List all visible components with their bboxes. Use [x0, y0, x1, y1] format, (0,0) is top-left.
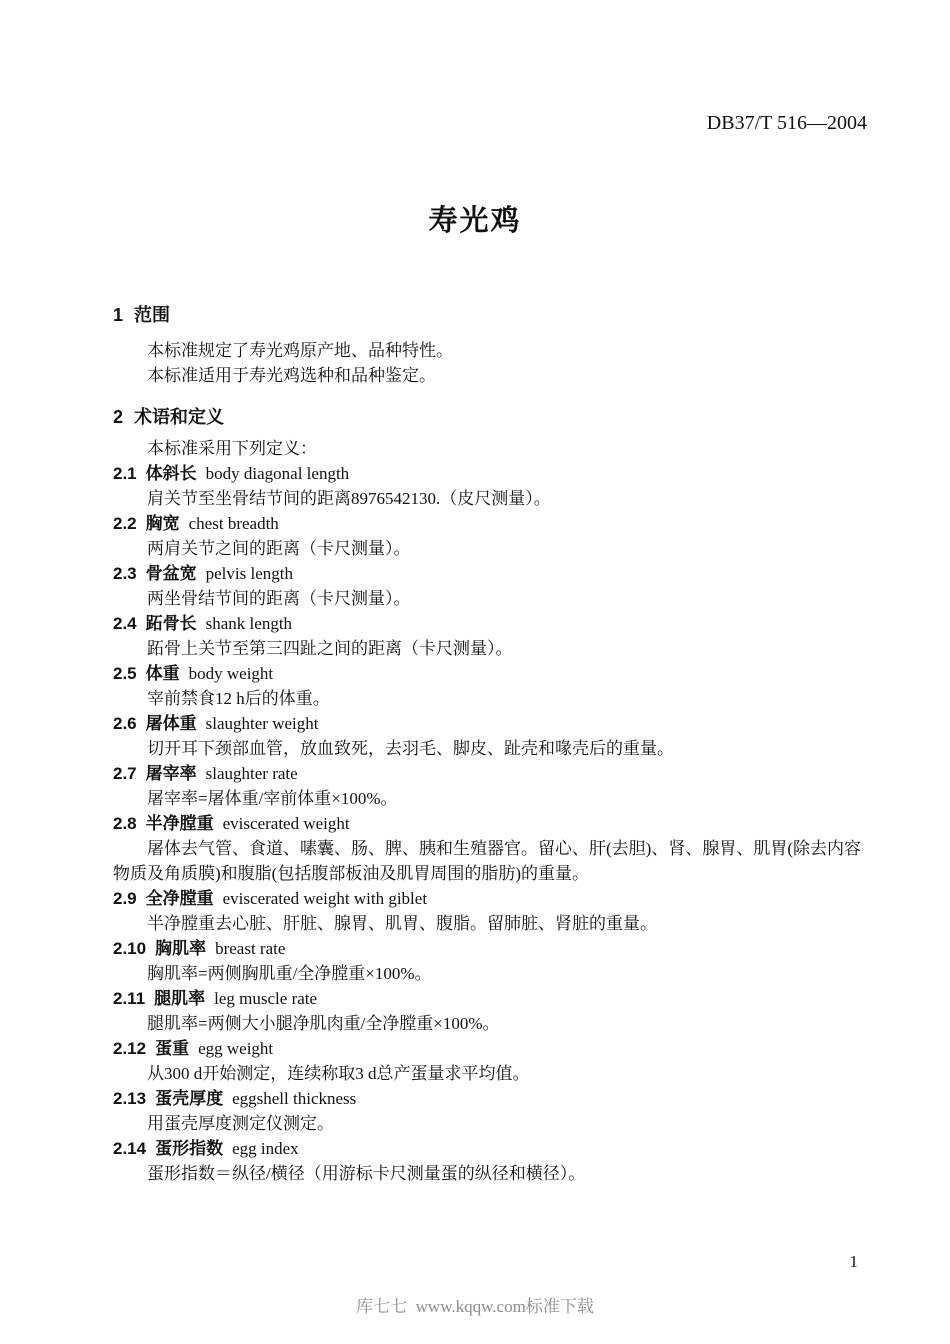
term-number: 2.3	[113, 564, 137, 583]
term-heading: 2.6屠体重slaughter weight	[113, 711, 861, 736]
section-2-title: 术语和定义	[134, 407, 224, 427]
section-2-number: 2	[113, 407, 123, 427]
document-page: DB37/T 516—2004 寿光鸡 1范围 本标准规定了寿光鸡原产地、品种特…	[0, 0, 950, 1344]
scope-paragraph-1: 本标准规定了寿光鸡原产地、品种特性。	[113, 338, 861, 363]
term-definition: 从300 d开始测定，连续称取3 d总产蛋量求平均值。	[113, 1061, 861, 1086]
scope-paragraph-2: 本标准适用于寿光鸡选种和品种鉴定。	[113, 363, 861, 388]
term-name-zh: 胸宽	[146, 514, 180, 533]
term-number: 2.1	[113, 464, 137, 483]
term-name-en: body weight	[189, 664, 274, 683]
term-definition: 屠宰率=屠体重/宰前体重×100%。	[113, 786, 861, 811]
term-name-en: eviscerated weight with giblet	[223, 889, 427, 908]
term-number: 2.7	[113, 764, 137, 783]
term-heading: 2.7屠宰率slaughter rate	[113, 761, 861, 786]
term-name-zh: 屠宰率	[146, 764, 197, 783]
section-1-number: 1	[113, 305, 123, 325]
term-name-en: chest breadth	[189, 514, 279, 533]
term-name-zh: 蛋重	[155, 1039, 189, 1058]
term-definition: 半净膛重去心脏、肝脏、腺胃、肌胃、腹脂。留肺脏、肾脏的重量。	[113, 911, 861, 936]
term-item: 2.9全净膛重eviscerated weight with giblet 半净…	[113, 886, 861, 936]
term-name-zh: 蛋形指数	[155, 1139, 223, 1158]
term-heading: 2.1体斜长body diagonal length	[113, 461, 861, 486]
term-definition: 肩关节至坐骨结节间的距离8976542130.（皮尺测量）。	[113, 486, 861, 511]
term-number: 2.2	[113, 514, 137, 533]
term-item: 2.14蛋形指数egg index 蛋形指数＝纵径/横径（用游标卡尺测量蛋的纵径…	[113, 1136, 861, 1186]
term-definition: 腿肌率=两侧大小腿净肌肉重/全净膛重×100%。	[113, 1011, 861, 1036]
term-name-zh: 全净膛重	[146, 889, 214, 908]
section-1-heading: 1范围	[113, 303, 861, 328]
term-name-en: egg index	[232, 1139, 299, 1158]
term-item: 2.5体重body weight 宰前禁食12 h后的体重。	[113, 661, 861, 711]
term-name-zh: 腿肌率	[154, 989, 205, 1008]
term-heading: 2.5体重body weight	[113, 661, 861, 686]
term-heading: 2.14蛋形指数egg index	[113, 1136, 861, 1161]
term-name-zh: 蛋壳厚度	[155, 1089, 223, 1108]
term-definition: 两肩关节之间的距离（卡尺测量）。	[113, 536, 861, 561]
term-number: 2.8	[113, 814, 137, 833]
term-heading: 2.10胸肌率breast rate	[113, 936, 861, 961]
term-definition: 屠体去气管、食道、嗉囊、肠、脾、胰和生殖器官。留心、肝(去胆)、肾、腺胃、肌胃(…	[113, 836, 861, 886]
term-heading: 2.12蛋重egg weight	[113, 1036, 861, 1061]
term-name-zh: 胸肌率	[155, 939, 206, 958]
term-heading: 2.2胸宽chest breadth	[113, 511, 861, 536]
page-title: 寿光鸡	[0, 198, 950, 239]
term-item: 2.3骨盆宽pelvis length 两坐骨结节间的距离（卡尺测量）。	[113, 561, 861, 611]
section-2-heading: 2术语和定义	[113, 405, 861, 430]
section-1-title: 范围	[134, 305, 170, 325]
term-item: 2.2胸宽chest breadth 两肩关节之间的距离（卡尺测量）。	[113, 511, 861, 561]
term-item: 2.11腿肌率leg muscle rate 腿肌率=两侧大小腿净肌肉重/全净膛…	[113, 986, 861, 1036]
term-item: 2.1体斜长body diagonal length 肩关节至坐骨结节间的距离8…	[113, 461, 861, 511]
term-definition: 胸肌率=两侧胸肌重/全净膛重×100%。	[113, 961, 861, 986]
term-heading: 2.4跖骨长shank length	[113, 611, 861, 636]
term-definition: 切开耳下颈部血管，放血致死，去羽毛、脚皮、趾壳和喙壳后的重量。	[113, 736, 861, 761]
term-definition: 跖骨上关节至第三四趾之间的距离（卡尺测量）。	[113, 636, 861, 661]
term-name-zh: 半净膛重	[146, 814, 214, 833]
term-number: 2.12	[113, 1039, 146, 1058]
term-heading: 2.11腿肌率leg muscle rate	[113, 986, 861, 1011]
term-name-en: leg muscle rate	[214, 989, 317, 1008]
term-name-en: egg weight	[198, 1039, 273, 1058]
term-name-en: body diagonal length	[206, 464, 350, 483]
term-item: 2.7屠宰率slaughter rate 屠宰率=屠体重/宰前体重×100%。	[113, 761, 861, 811]
term-heading: 2.3骨盆宽pelvis length	[113, 561, 861, 586]
term-name-zh: 体重	[146, 664, 180, 683]
term-name-en: eggshell thickness	[232, 1089, 356, 1108]
doc-number: DB37/T 516—2004	[707, 110, 867, 136]
term-item: 2.8半净膛重eviscerated weight 屠体去气管、食道、嗉囊、肠、…	[113, 811, 861, 886]
term-heading: 2.8半净膛重eviscerated weight	[113, 811, 861, 836]
term-name-zh: 骨盆宽	[146, 564, 197, 583]
term-name-en: eviscerated weight	[223, 814, 350, 833]
term-item: 2.12蛋重egg weight 从300 d开始测定，连续称取3 d总产蛋量求…	[113, 1036, 861, 1086]
document-body: 1范围 本标准规定了寿光鸡原产地、品种特性。 本标准适用于寿光鸡选种和品种鉴定。…	[113, 303, 861, 1186]
term-name-en: breast rate	[215, 939, 285, 958]
term-item: 2.10胸肌率breast rate 胸肌率=两侧胸肌重/全净膛重×100%。	[113, 936, 861, 986]
term-number: 2.5	[113, 664, 137, 683]
term-item: 2.6屠体重slaughter weight 切开耳下颈部血管，放血致死，去羽毛…	[113, 711, 861, 761]
term-name-zh: 跖骨长	[146, 614, 197, 633]
term-name-en: slaughter rate	[206, 764, 298, 783]
term-heading: 2.9全净膛重eviscerated weight with giblet	[113, 886, 861, 911]
term-heading: 2.13蛋壳厚度eggshell thickness	[113, 1086, 861, 1111]
term-item: 2.13蛋壳厚度eggshell thickness 用蛋壳厚度测定仪测定。	[113, 1086, 861, 1136]
term-name-zh: 屠体重	[146, 714, 197, 733]
term-name-en: shank length	[206, 614, 292, 633]
term-number: 2.10	[113, 939, 146, 958]
term-number: 2.14	[113, 1139, 146, 1158]
term-definition: 宰前禁食12 h后的体重。	[113, 686, 861, 711]
terms-list: 2.1体斜长body diagonal length 肩关节至坐骨结节间的距离8…	[113, 461, 861, 1186]
term-item: 2.4跖骨长shank length 跖骨上关节至第三四趾之间的距离（卡尺测量）…	[113, 611, 861, 661]
term-number: 2.9	[113, 889, 137, 908]
term-number: 2.13	[113, 1089, 146, 1108]
term-number: 2.6	[113, 714, 137, 733]
term-definition: 两坐骨结节间的距离（卡尺测量）。	[113, 586, 861, 611]
watermark-text: 库七七 www.kqqw.com标准下载	[0, 1295, 950, 1319]
term-number: 2.4	[113, 614, 137, 633]
term-definition: 蛋形指数＝纵径/横径（用游标卡尺测量蛋的纵径和横径）。	[113, 1161, 861, 1186]
term-name-en: pelvis length	[206, 564, 293, 583]
term-number: 2.11	[113, 989, 145, 1008]
term-name-zh: 体斜长	[146, 464, 197, 483]
term-definition: 用蛋壳厚度测定仪测定。	[113, 1111, 861, 1136]
term-name-en: slaughter weight	[206, 714, 319, 733]
terms-intro: 本标准采用下列定义：	[113, 436, 861, 461]
page-number: 1	[850, 1251, 859, 1273]
